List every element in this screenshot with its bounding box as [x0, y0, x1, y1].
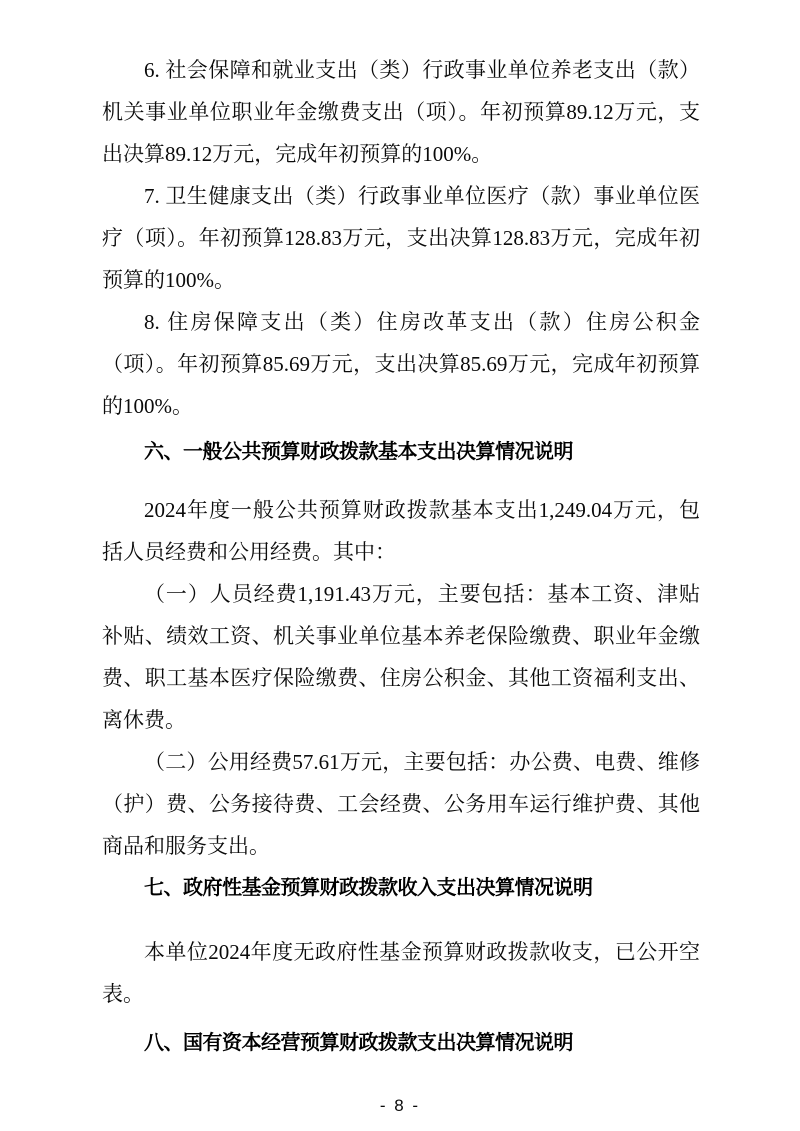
section-six-paragraph-personnel: （一）人员经费1,191.43万元，主要包括：基本工资、津贴补贴、绩效工资、机关… — [102, 573, 700, 741]
section-six-heading: 六、一般公共预算财政拨款基本支出决算情况说明 — [102, 431, 700, 473]
section-six-paragraph-public: （二）公用经费57.61万元，主要包括：办公费、电费、维修（护）费、公务接待费、… — [102, 741, 700, 867]
section-six-paragraph-intro: 2024年度一般公共预算财政拨款基本支出1,249.04万元，包括人员经费和公用… — [102, 489, 700, 573]
section-six: 六、一般公共预算财政拨款基本支出决算情况说明 2024年度一般公共预算财政拨款基… — [102, 431, 700, 867]
section-seven-heading: 七、政府性基金预算财政拨款收入支出决算情况说明 — [102, 867, 700, 909]
document-body: 6. 社会保障和就业支出（类）行政事业单位养老支出（款）机关事业单位职业年金缴费… — [102, 49, 700, 1064]
section-eight: 八、国有资本经营预算财政拨款支出决算情况说明 — [102, 1022, 700, 1064]
page-number: - 8 - — [380, 1096, 420, 1115]
section-eight-heading: 八、国有资本经营预算财政拨款支出决算情况说明 — [102, 1022, 700, 1064]
paragraph-item-7: 7. 卫生健康支出（类）行政事业单位医疗（款）事业单位医疗（项）。年初预算128… — [102, 175, 700, 301]
section-seven: 七、政府性基金预算财政拨款收入支出决算情况说明 本单位2024年度无政府性基金预… — [102, 867, 700, 1015]
section-seven-paragraph: 本单位2024年度无政府性基金预算财政拨款收支，已公开空表。 — [102, 931, 700, 1015]
paragraph-item-6: 6. 社会保障和就业支出（类）行政事业单位养老支出（款）机关事业单位职业年金缴费… — [102, 49, 700, 175]
paragraph-item-8: 8. 住房保障支出（类）住房改革支出（款）住房公积金（项）。年初预算85.69万… — [102, 301, 700, 427]
document-page: 6. 社会保障和就业支出（类）行政事业单位养老支出（款）机关事业单位职业年金缴费… — [0, 0, 800, 1131]
page-footer: - 8 - — [0, 1094, 800, 1118]
